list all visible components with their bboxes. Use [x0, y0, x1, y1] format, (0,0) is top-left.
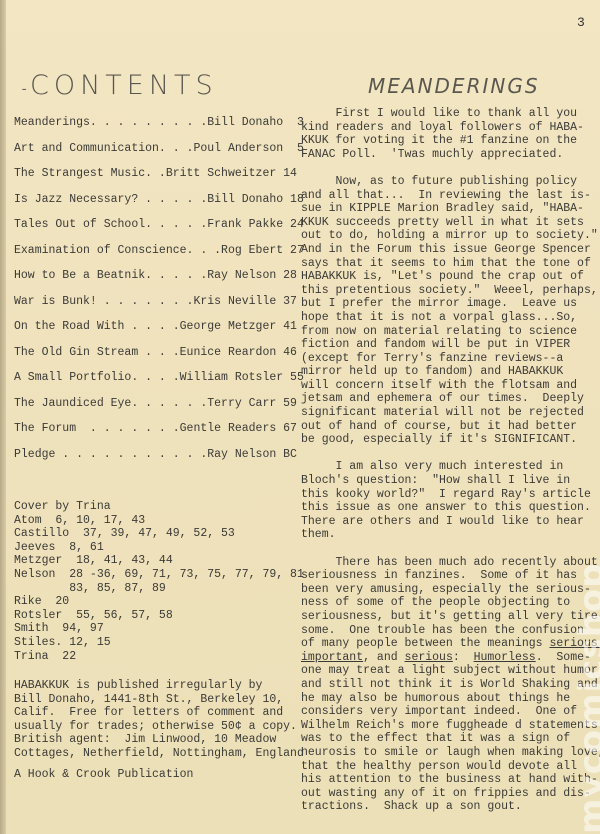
toc-title: Meanderings. . . . . . . . .	[14, 110, 207, 136]
toc-entry: Examination of Conscience. . .Rog Ebert …	[14, 238, 294, 264]
colophon-line: Calif. Free for letters of comment and	[14, 706, 304, 720]
toc-author-page: Rog Ebert 27	[221, 238, 304, 264]
underlined-term: serious	[405, 651, 453, 664]
toc-title: The Forum . . . . . . .	[14, 416, 180, 442]
toc-author-page: Ray Nelson 28	[207, 263, 297, 289]
article-paragraph: There has been much ado recently about s…	[301, 556, 600, 814]
watermark: mycomicshop	[572, 563, 600, 834]
toc-entry: On the Road With . . . .George Metzger 4…	[14, 314, 294, 340]
toc-author-page: Britt Schweitzer 14	[166, 161, 297, 187]
toc-title: War is Bunk! . . . . . . .	[14, 289, 193, 315]
article-paragraph: I am also very much interested in Bloch'…	[301, 460, 600, 542]
toc-entry: How to Be a Beatnik. . . . .Ray Nelson 2…	[14, 263, 294, 289]
toc-entry: Tales Out of School. . . . .Frank Pakke …	[14, 212, 294, 238]
article-heading: MEANDERINGS	[368, 74, 540, 98]
artist-credit-line: Rike 20	[14, 595, 304, 609]
toc-title: Examination of Conscience. . .	[14, 238, 221, 264]
contents-heading: CONTENTS	[30, 70, 218, 101]
toc-entry: The Old Gin Stream . . .Eunice Reardon 4…	[14, 340, 294, 366]
toc-entry: War is Bunk! . . . . . . .Kris Neville 3…	[14, 289, 294, 315]
artist-credit-line: Nelson 28 -36, 69, 71, 73, 75, 77, 79, 8…	[14, 568, 304, 582]
colophon-line: Cottages, Netherfield, Nottingham, Engla…	[14, 747, 304, 761]
toc-author-page: Kris Neville 37	[193, 289, 297, 315]
paragraph-text: . Some- one may treat a light subject wi…	[301, 651, 600, 814]
toc-author-page: George Metzger 41	[180, 314, 297, 340]
paragraph-text: , and	[363, 651, 404, 664]
colophon-line: usually for trades; otherwise 50¢ a copy…	[14, 720, 304, 734]
artist-credit-line: Metzger 18, 41, 43, 44	[14, 554, 304, 568]
article-paragraph: Now, as to future publishing policy and …	[301, 175, 600, 447]
toc-title: Art and Communication. . .	[14, 136, 193, 162]
underlined-term: Humorless	[474, 651, 536, 664]
artist-credit-line: Rotsler 55, 56, 57, 58	[14, 609, 304, 623]
publisher-credit: A Hook & Crook Publication	[14, 768, 193, 781]
toc-title: Tales Out of School. . . . .	[14, 212, 207, 238]
toc-author-page: Bill Donaho 18	[207, 187, 304, 213]
toc-author-page: Gentle Readers 67	[180, 416, 297, 442]
paragraph-text: :	[453, 651, 474, 664]
toc-entry: The Strangest Music. .Britt Schweitzer 1…	[14, 161, 294, 187]
heading-dash: -	[20, 82, 28, 98]
toc-author-page: Bill Donaho 3	[207, 110, 304, 136]
artist-credit-line: Trina 22	[14, 650, 304, 664]
colophon-line: British agent: Jim Linwood, 10 Meadow	[14, 733, 304, 747]
table-of-contents: Meanderings. . . . . . . . .Bill Donaho …	[14, 110, 294, 467]
toc-title: The Jaundiced Eye. . . . . .	[14, 391, 207, 417]
artist-credit-line: Cover by Trina	[14, 500, 304, 514]
toc-entry: The Jaundiced Eye. . . . . .Terry Carr 5…	[14, 391, 294, 417]
toc-entry: A Small Portfolio. . . .William Rotsler …	[14, 365, 294, 391]
colophon-line: Bill Donaho, 1441-8th St., Berkeley 10,	[14, 693, 304, 707]
toc-title: A Small Portfolio. . . .	[14, 365, 180, 391]
artist-credit-line: Smith 94, 97	[14, 622, 304, 636]
page-number: 3	[577, 15, 585, 30]
toc-entry: The Forum . . . . . . .Gentle Readers 67	[14, 416, 294, 442]
toc-author-page: Poul Anderson 5	[193, 136, 303, 162]
artist-credits: Cover by TrinaAtom 6, 10, 17, 43Castillo…	[14, 500, 304, 663]
toc-entry: Is Jazz Necessary? . . . . .Bill Donaho …	[14, 187, 294, 213]
toc-entry: Art and Communication. . .Poul Anderson …	[14, 136, 294, 162]
toc-title: On the Road With . . . .	[14, 314, 180, 340]
artist-credit-line: Stiles. 12, 15	[14, 636, 304, 650]
toc-entry: Pledge . . . . . . . . . . .Ray Nelson B…	[14, 442, 294, 468]
toc-author-page: Frank Pakke 24	[207, 212, 304, 238]
article-paragraph: First I would like to thank all you kind…	[301, 107, 600, 161]
toc-author-page: Ray Nelson BC	[207, 442, 297, 468]
toc-author-page: Terry Carr 59	[207, 391, 297, 417]
toc-title: Is Jazz Necessary? . . . . .	[14, 187, 207, 213]
toc-author-page: William Rotsler 55	[180, 365, 304, 391]
page-binding-edge	[0, 0, 6, 834]
artist-credit-line: Atom 6, 10, 17, 43	[14, 514, 304, 528]
artist-credit-line: Castillo 37, 39, 47, 49, 52, 53	[14, 527, 304, 541]
paragraph-text: There has been much ado recently about s…	[301, 556, 600, 651]
toc-title: The Strangest Music. .	[14, 161, 166, 187]
colophon: HABAKKUK is published irregularly byBill…	[14, 679, 304, 761]
artist-credit-line: 83, 85, 87, 89	[14, 582, 304, 596]
toc-title: Pledge . . . . . . . . . . .	[14, 442, 207, 468]
toc-author-page: Eunice Reardon 46	[180, 340, 297, 366]
artist-credit-line: Jeeves 8, 61	[14, 541, 304, 555]
underlined-term: important	[301, 651, 363, 664]
toc-title: How to Be a Beatnik. . . . .	[14, 263, 207, 289]
article-body: First I would like to thank all you kind…	[301, 107, 600, 827]
colophon-line: HABAKKUK is published irregularly by	[14, 679, 304, 693]
toc-title: The Old Gin Stream . . .	[14, 340, 180, 366]
toc-entry: Meanderings. . . . . . . . .Bill Donaho …	[14, 110, 294, 136]
